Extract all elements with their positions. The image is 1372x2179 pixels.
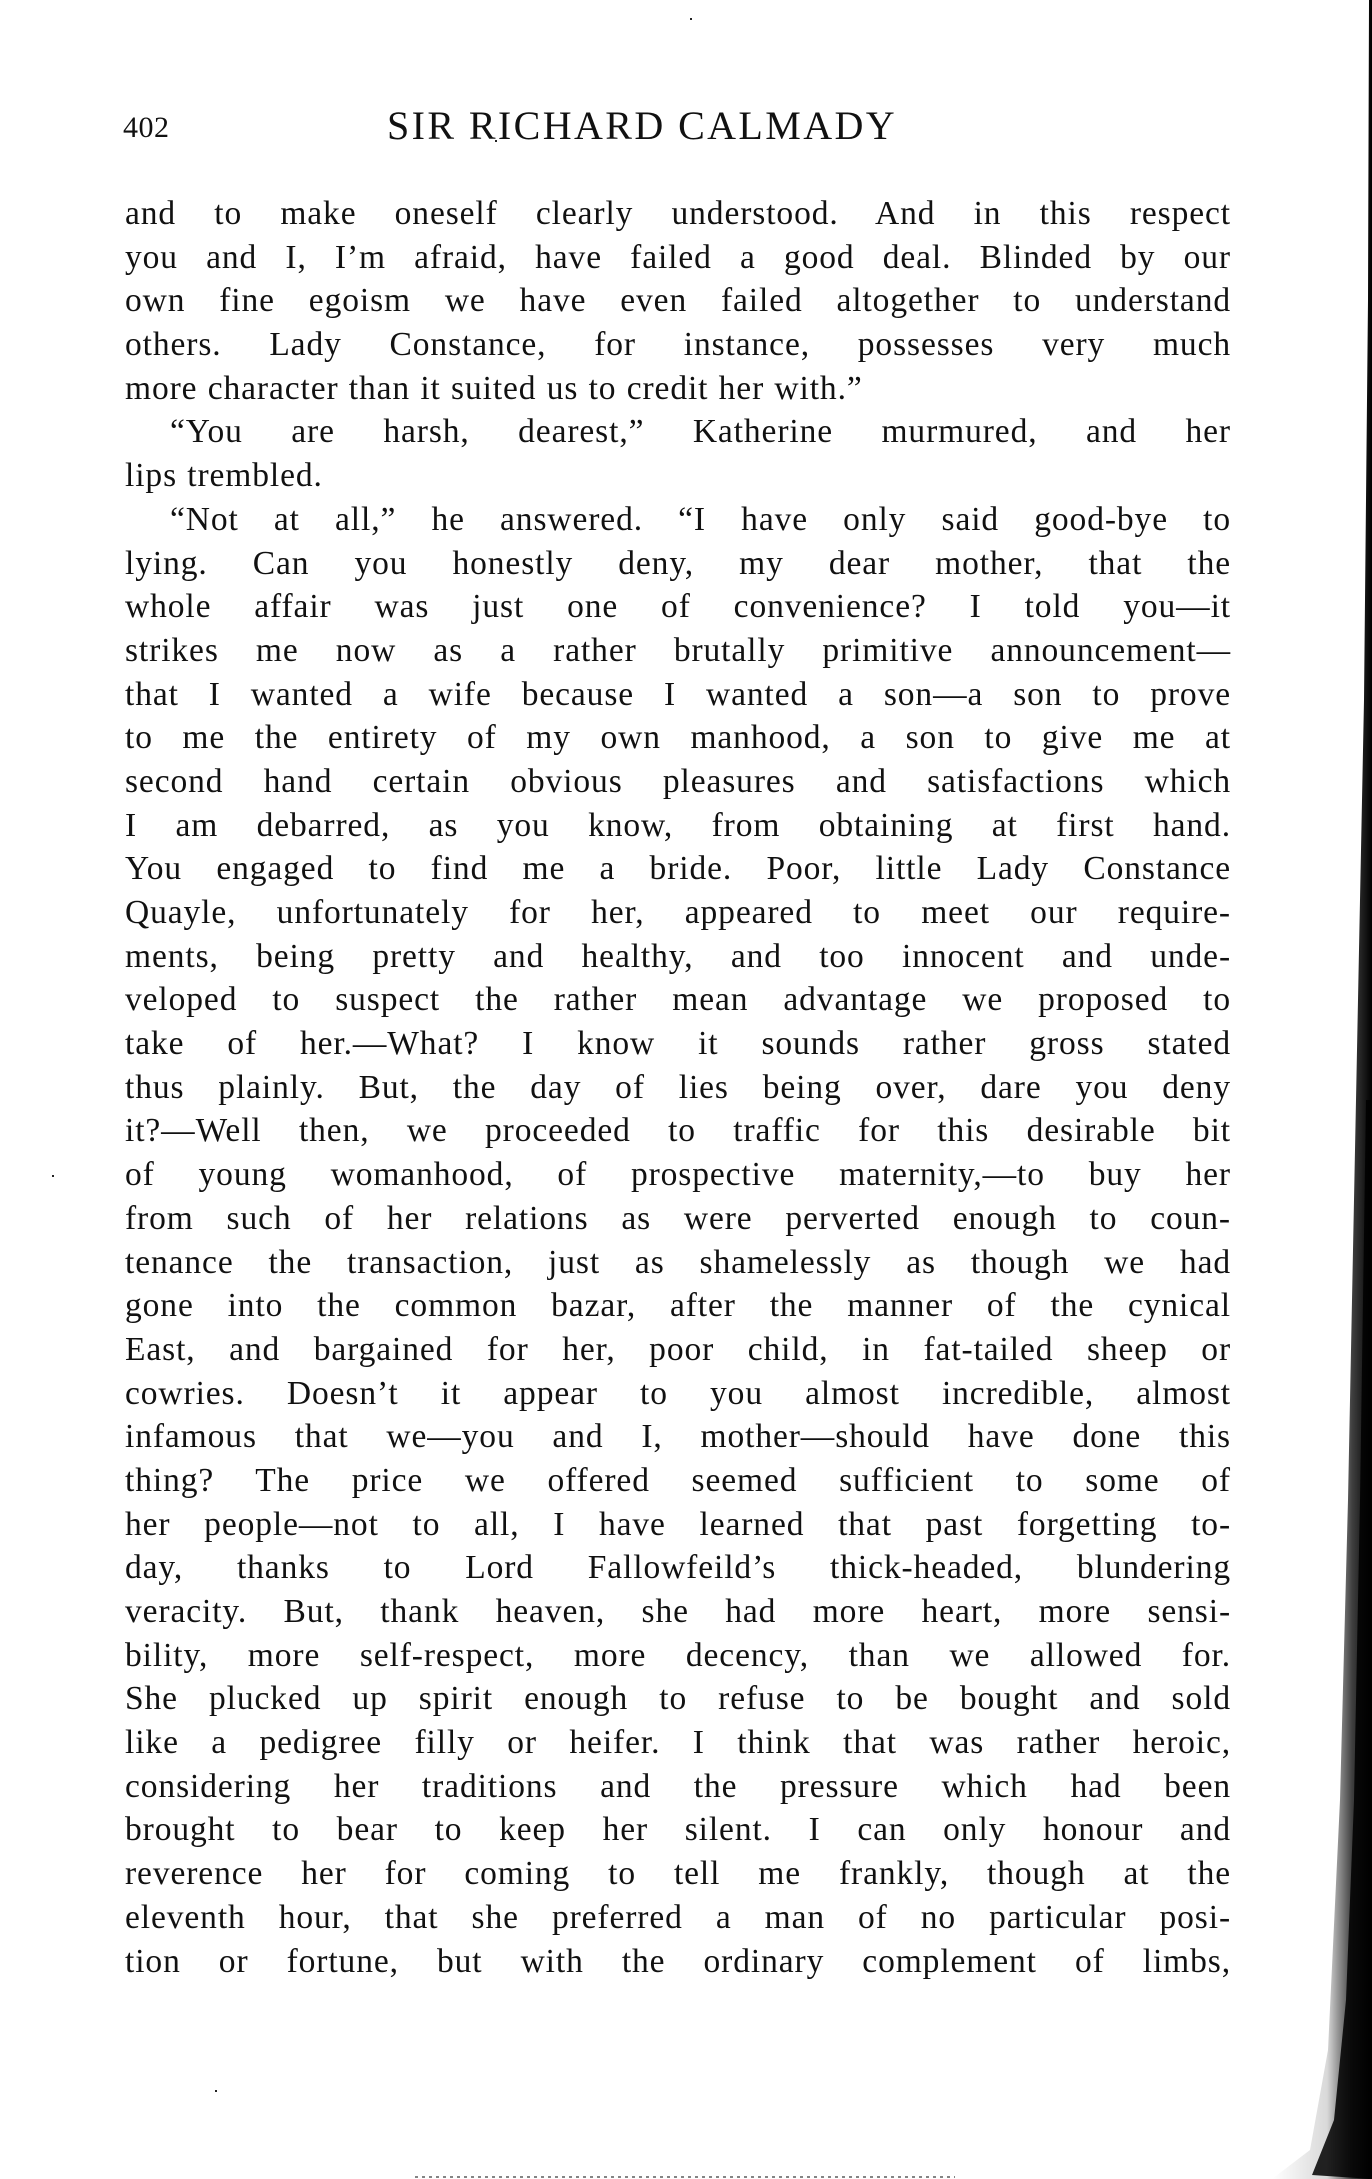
page-number: 402: [123, 112, 170, 144]
text-line: infamous that we—you and I, mother—shoul…: [125, 1415, 1231, 1459]
text-line: day, thanks to Lord Fallowfeild’s thick-…: [125, 1546, 1231, 1590]
text-line: veloped to suspect the rather mean advan…: [125, 978, 1231, 1022]
text-line: that I wanted a wife because I wanted a …: [125, 673, 1231, 717]
text-line: veracity. But, thank heaven, she had mor…: [125, 1590, 1231, 1634]
text-line: tenance the transaction, just as shamele…: [125, 1241, 1231, 1285]
text-line: You engaged to find me a bride. Poor, li…: [125, 847, 1231, 891]
text-line: “Not at all,” he answered. “I have only …: [125, 498, 1231, 542]
running-head: 402 SIR RICHARD CALMADY: [123, 104, 1230, 148]
text-line: She plucked up spirit enough to refuse t…: [125, 1677, 1231, 1721]
text-line: thing? The price we offered seemed suffi…: [125, 1459, 1231, 1503]
text-line: second hand certain obvious pleasures an…: [125, 760, 1231, 804]
text-line: own fine egoism we have even failed alto…: [125, 279, 1231, 323]
text-line: her people—not to all, I have learned th…: [125, 1503, 1231, 1547]
text-line: “You are harsh, dearest,” Katherine murm…: [125, 410, 1231, 454]
scan-speck: [215, 2090, 217, 2092]
text-line: lips trembled.: [125, 454, 1231, 498]
page-edge-shadow: [1252, 0, 1372, 2179]
text-line: thus plainly. But, the day of lies being…: [125, 1066, 1231, 1110]
text-line: I am debarred, as you know, from obtaini…: [125, 804, 1231, 848]
text-line: lying. Can you honestly deny, my dear mo…: [125, 542, 1231, 586]
scan-speck: [690, 18, 692, 20]
text-line: East, and bargained for her, poor child,…: [125, 1328, 1231, 1372]
text-line: reverence her for coming to tell me fran…: [125, 1852, 1231, 1896]
text-line: like a pedigree filly or heifer. I think…: [125, 1721, 1231, 1765]
text-line: whole affair was just one of convenience…: [125, 585, 1231, 629]
text-line: take of her.—What? I know it sounds rath…: [125, 1022, 1231, 1066]
text-line: considering her traditions and the press…: [125, 1765, 1231, 1809]
text-line: tion or fortune, but with the ordinary c…: [125, 1940, 1231, 1984]
text-line: others. Lady Constance, for instance, po…: [125, 323, 1231, 367]
scan-speck: [52, 1175, 54, 1177]
text-line: bility, more self-respect, more decency,…: [125, 1634, 1231, 1678]
book-page: 402 SIR RICHARD CALMADY and to make ones…: [0, 0, 1372, 2179]
text-line: strikes me now as a rather brutally prim…: [125, 629, 1231, 673]
text-line: from such of her relations as were perve…: [125, 1197, 1231, 1241]
bottom-edge-line: [415, 2176, 955, 2178]
text-line: to me the entirety of my own manhood, a …: [125, 716, 1231, 760]
text-line: Quayle, unfortunately for her, appeared …: [125, 891, 1231, 935]
text-line: of young womanhood, of prospective mater…: [125, 1153, 1231, 1197]
text-line: more character than it suited us to cred…: [125, 367, 1231, 411]
text-line: brought to bear to keep her silent. I ca…: [125, 1808, 1231, 1852]
scan-speck: [495, 140, 497, 142]
text-line: gone into the common bazar, after the ma…: [125, 1284, 1231, 1328]
text-line: it?—Well then, we proceeded to traffic f…: [125, 1109, 1231, 1153]
text-line: you and I, I’m afraid, have failed a goo…: [125, 236, 1231, 280]
running-title: SIR RICHARD CALMADY: [387, 104, 897, 148]
text-line: eleventh hour, that she preferred a man …: [125, 1896, 1231, 1940]
text-line: ments, being pretty and healthy, and too…: [125, 935, 1231, 979]
body-text: and to make oneself clearly understood. …: [125, 192, 1231, 1983]
text-line: cowries. Doesn’t it appear to you almost…: [125, 1372, 1231, 1416]
text-line: and to make oneself clearly understood. …: [125, 192, 1231, 236]
